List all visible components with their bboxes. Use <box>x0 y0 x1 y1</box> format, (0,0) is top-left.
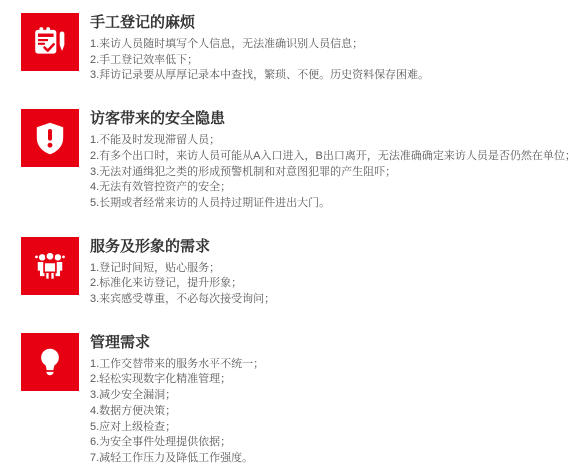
section-manual-registration-trouble: 手工登记的麻烦 1.来访人员随时填写个人信息，无法准确识别人员信息； 2.手工登… <box>21 13 588 84</box>
list-item: 4.数据方便决策； <box>90 404 264 420</box>
list-item: 2.手工登记效率低下； <box>90 53 429 69</box>
section-text: 手工登记的麻烦 1.来访人员随时填写个人信息，无法准确识别人员信息； 2.手工登… <box>90 13 429 84</box>
notepad-pen-icon <box>21 13 79 71</box>
list-item: 1.来访人员随时填写个人信息，无法准确识别人员信息； <box>90 37 429 53</box>
list-item: 1.不能及时发现滞留人员； <box>90 133 576 149</box>
section-title: 服务及形象的需求 <box>90 237 275 257</box>
list-item: 2.轻松实现数字化精准管理； <box>90 372 264 388</box>
list-item: 5.应对上级检查； <box>90 420 264 436</box>
section-text: 访客带来的安全隐患 1.不能及时发现滞留人员； 2.有多个出口时，来访人员可能从… <box>90 109 576 212</box>
people-group-icon <box>21 237 79 295</box>
pain-points-page: 手工登记的麻烦 1.来访人员随时填写个人信息，无法准确识别人员信息； 2.手工登… <box>0 0 588 466</box>
list-item: 7.减轻工作压力及降低工作强度。 <box>90 451 264 466</box>
section-management-needs: 管理需求 1.工作交替带来的服务水平不统一； 2.轻松实现数字化精准管理； 3.… <box>21 333 588 466</box>
list-item: 6.为安全事件处理提供依据； <box>90 435 264 451</box>
list-item: 3.拜访记录要从厚厚记录本中查找，繁琐、不便。历史资料保存困难。 <box>90 68 429 84</box>
list-item: 1.工作交替带来的服务水平不统一； <box>90 357 264 373</box>
section-visitor-security-risks: 访客带来的安全隐患 1.不能及时发现滞留人员； 2.有多个出口时，来访人员可能从… <box>21 109 588 212</box>
lightbulb-icon <box>21 333 79 391</box>
list-item: 3.无法对通缉犯之类的形成预警机制和对意图犯罪的产生阻吓； <box>90 165 576 181</box>
list-item: 3.减少安全漏洞； <box>90 388 264 404</box>
list-item: 3.来宾感受尊重，不必每次接受询问； <box>90 292 275 308</box>
section-title: 访客带来的安全隐患 <box>90 109 576 129</box>
list-item: 2.有多个出口时，来访人员可能从A入口进入，B出口离开，无法准确确定来访人员是否… <box>90 149 576 165</box>
list-item: 5.长期或者经常来访的人员持过期证件进出大门。 <box>90 196 576 212</box>
section-text: 管理需求 1.工作交替带来的服务水平不统一； 2.轻松实现数字化精准管理； 3.… <box>90 333 264 466</box>
section-title: 管理需求 <box>90 333 264 353</box>
section-service-image-needs: 服务及形象的需求 1.登记时间短，贴心服务； 2.标准化来访登记，提升形象； 3… <box>21 237 588 308</box>
shield-alert-icon <box>21 109 79 167</box>
section-item-list: 1.登记时间短，贴心服务； 2.标准化来访登记，提升形象； 3.来宾感受尊重，不… <box>90 261 275 308</box>
section-item-list: 1.来访人员随时填写个人信息，无法准确识别人员信息； 2.手工登记效率低下； 3… <box>90 37 429 84</box>
list-item: 4.无法有效管控资产的安全； <box>90 180 576 196</box>
list-item: 1.登记时间短，贴心服务； <box>90 261 275 277</box>
section-item-list: 1.工作交替带来的服务水平不统一； 2.轻松实现数字化精准管理； 3.减少安全漏… <box>90 357 264 466</box>
section-item-list: 1.不能及时发现滞留人员； 2.有多个出口时，来访人员可能从A入口进入，B出口离… <box>90 133 576 212</box>
section-title: 手工登记的麻烦 <box>90 13 429 33</box>
list-item: 2.标准化来访登记，提升形象； <box>90 276 275 292</box>
section-text: 服务及形象的需求 1.登记时间短，贴心服务； 2.标准化来访登记，提升形象； 3… <box>90 237 275 308</box>
